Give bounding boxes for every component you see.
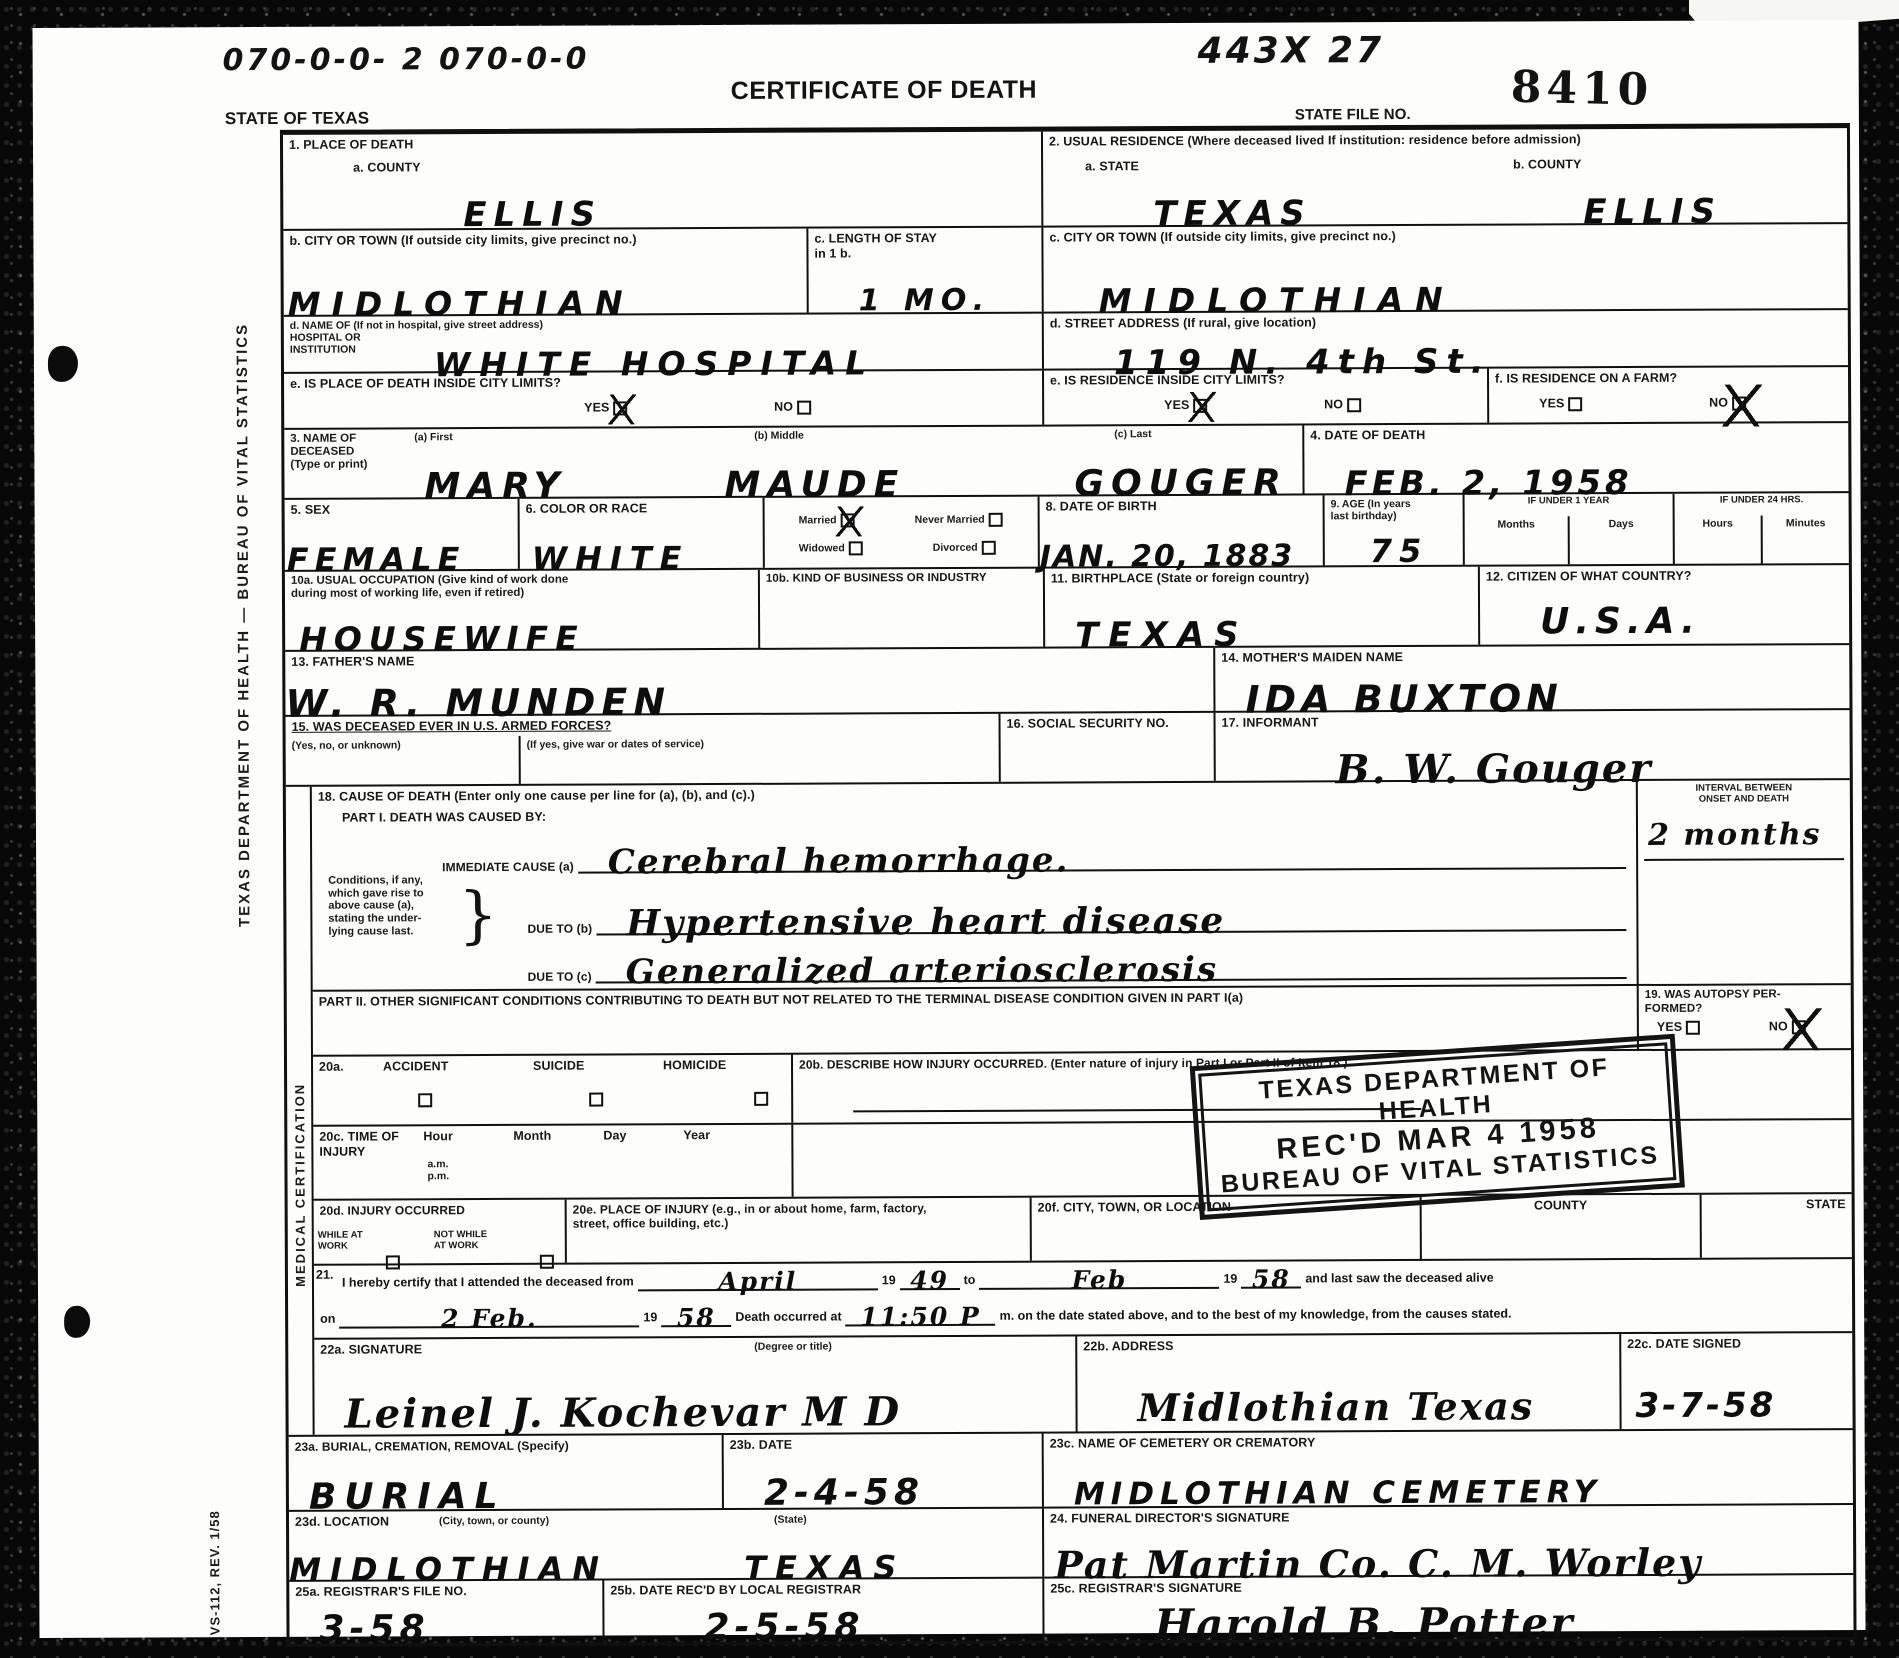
value-due-to-b: Hypertensive heart disease: [626, 903, 1225, 942]
checkbox-widowed: [849, 541, 863, 555]
farm-yes: YES: [1539, 396, 1586, 411]
death-limits-no: NO: [774, 400, 815, 415]
interval-write-line: [1644, 858, 1844, 861]
value-registrar-file-no: 3-58: [319, 1611, 429, 1647]
part2-label: PART II. OTHER SIGNIFICANT CONDITIONS CO…: [319, 989, 1631, 1009]
am-pm-label: a.m. p.m.: [427, 1158, 449, 1182]
last-name-label: (c) Last: [1114, 428, 1151, 440]
handwritten-code-right: 443X 27: [1198, 30, 1385, 72]
marital-divorced: Divorced: [933, 541, 1000, 555]
handwritten-x-mark: [1722, 384, 1762, 426]
burial-date-label: 23b. DATE: [730, 1437, 1036, 1453]
field-injury-county: COUNTY: [1422, 1195, 1702, 1259]
usual-residence-label: 2. USUAL RESIDENCE (Where deceased lived…: [1049, 131, 1841, 149]
value-sex: FEMALE: [287, 543, 466, 576]
field-sex: 5. SEX FEMALE: [285, 499, 520, 570]
armed-forces-sub2: (If yes, give war or dates of service): [521, 734, 999, 784]
state-of-texas-label: STATE OF TEXAS: [225, 109, 369, 130]
state-file-no-label: STATE FILE NO.: [1295, 106, 1411, 124]
from-year-line: 49: [900, 1274, 960, 1290]
checkbox-residence-limits-no: [1347, 398, 1361, 412]
minutes-label: Minutes: [1763, 515, 1849, 563]
value-hospital: WHITE HOSPITAL: [434, 346, 875, 381]
value-length-of-stay: 1 MO.: [859, 286, 992, 317]
length-of-stay-label: c. LENGTH OF STAY in 1 b.: [814, 231, 1035, 261]
value-location-state: TEXAS: [744, 1551, 905, 1584]
value-attended-from: April: [718, 1269, 797, 1294]
value-physician-address: Midlothian Texas: [1137, 1387, 1534, 1427]
interval-label: INTERVAL BETWEEN ONSET AND DEATH: [1644, 783, 1844, 806]
brace-glyph: }: [458, 878, 498, 951]
checkbox-death-limits-no: [797, 400, 811, 414]
value-last-seen: 2 Feb.: [441, 1306, 538, 1331]
value-registrar-signature: Harold B. Potter: [1154, 1602, 1574, 1646]
physician-signature-label: 22a. SIGNATURE: [320, 1339, 1069, 1357]
residence-state-label: a. STATE: [1085, 159, 1139, 174]
to-year-line: 58: [1241, 1272, 1301, 1288]
field-color-or-race: 6. COLOR OR RACE WHITE: [520, 498, 765, 569]
state-file-number: 8410: [1510, 62, 1654, 116]
marital-married: Married: [799, 513, 859, 527]
field-injury-occurred: 20d. INJURY OCCURRED WHILE AT WORK NOT W…: [314, 1200, 567, 1264]
value-to-year: 58: [1252, 1267, 1291, 1292]
location-state-sub-label: (State): [774, 1514, 807, 1526]
cemetery-name-label: 23c. NAME OF CEMETERY OR CREMATORY: [1050, 1433, 1847, 1451]
medical-certification-strip: MEDICAL CERTIFICATION: [286, 787, 315, 1435]
field-time-of-injury: 20c. TIME OF INJURY Hour a.m. p.m. Month…: [313, 1125, 793, 1199]
time-of-death-line: 11:50 P: [846, 1310, 996, 1327]
burial-cremation-label: 23a. BURIAL, CREMATION, REMOVAL (Specify…: [295, 1438, 716, 1454]
field-burial-date: 23b. DATE 2-4-58: [724, 1434, 1044, 1508]
value-date-recd: 2-5-58: [704, 1609, 864, 1646]
value-death-city: MIDLOTHIAN: [288, 286, 634, 321]
checkbox-autopsy-no: [1792, 1020, 1806, 1034]
checkbox-death-limits-yes: [613, 401, 627, 415]
value-color-or-race: WHITE: [532, 542, 690, 575]
received-rubber-stamp: TEXAS DEPARTMENT OF HEALTH REC'D MAR 4 1…: [1190, 1034, 1685, 1220]
marital-widowed: Widowed: [799, 541, 867, 555]
attended-to-line: Feb: [979, 1273, 1219, 1290]
checkbox-suicide: [590, 1092, 604, 1106]
degree-or-title-label: (Degree or title): [754, 1341, 832, 1353]
field-usual-occupation: 10a. USUAL OCCUPATION (Give kind of work…: [285, 570, 760, 650]
date-of-death-label: 4. DATE OF DEATH: [1310, 426, 1842, 443]
residence-county-label: b. COUNTY: [1513, 157, 1581, 172]
first-name-label: (a) First: [414, 431, 453, 443]
certification-line-1: I hereby certify that I attended the dec…: [342, 1269, 1846, 1293]
date-signed-label: 22c. DATE SIGNED: [1627, 1336, 1846, 1352]
while-at-work-label: WHILE AT WORK: [318, 1231, 363, 1253]
field-mothers-maiden-name: 14. MOTHER'S MAIDEN NAME IDA BUXTON: [1215, 645, 1849, 711]
day-label: Day: [603, 1128, 626, 1143]
field-cemetery-name: 23c. NAME OF CEMETERY OR CREMATORY MIDLO…: [1044, 1430, 1853, 1507]
month-label: Month: [513, 1129, 551, 1144]
checkbox-accident: [418, 1093, 432, 1107]
value-funeral-director: Pat Martin Co. C. M. Worley: [1054, 1544, 1702, 1585]
handwritten-x-mark: [1782, 1008, 1822, 1050]
field-burial-location: 23d. LOCATION (City, town, or county) (S…: [289, 1509, 1044, 1580]
field-date-signed: 22c. DATE SIGNED 3-7-58: [1621, 1333, 1852, 1429]
autopsy-yes: YES: [1657, 1020, 1704, 1035]
suicide-label: SUICIDE: [533, 1059, 584, 1074]
field-injury-state: STATE: [1702, 1194, 1852, 1258]
place-of-injury-label: 20e. PLACE OF INJURY (e.g., in or about …: [573, 1201, 1024, 1231]
field-kind-of-business: 10b. KIND OF BUSINESS OR INDUSTRY: [760, 569, 1045, 648]
field-length-of-stay: c. LENGTH OF STAY in 1 b. 1 MO.: [808, 228, 1043, 313]
not-while-at-work-label: NOT WHILE AT WORK: [434, 1230, 487, 1252]
citizen-of-label: 12. CITIZEN OF WHAT COUNTRY?: [1486, 568, 1843, 584]
social-security-label: 16. SOCIAL SECURITY NO.: [1007, 716, 1208, 732]
field-name-of-deceased: 3. NAME OF DECEASED (Type or print) (a) …: [284, 425, 1304, 497]
department-vertical-label: TEXAS DEPARTMENT OF HEALTH — BUREAU OF V…: [234, 323, 254, 927]
checkbox-farm-no: [1732, 396, 1746, 410]
value-location-city: MIDLOTHIAN: [289, 1552, 608, 1585]
residence-farm-label: f. IS RESIDENCE ON A FARM?: [1495, 370, 1842, 386]
handwritten-x-mark: [836, 506, 864, 536]
marital-never-married: Never Married: [915, 513, 1007, 527]
value-from-year: 49: [910, 1268, 949, 1293]
field-burial-cremation: 23a. BURIAL, CREMATION, REMOVAL (Specify…: [289, 1435, 724, 1510]
checkbox-never-married: [989, 513, 1003, 527]
handwritten-code-left: 070-0-0- 2 070-0-0: [223, 42, 590, 79]
field-date-of-birth: 8. DATE OF BIRTH JAN. 20, 1883: [1040, 495, 1325, 566]
field-birthplace: 11. BIRTHPLACE (State or foreign country…: [1045, 567, 1480, 647]
residence-limits-yes: YES: [1164, 398, 1211, 413]
checkbox-autopsy-yes: [1686, 1020, 1700, 1034]
20a-label: 20a.: [319, 1060, 344, 1075]
field-place-of-death: 1. PLACE OF DEATH a. COUNTY ELLIS: [283, 132, 1043, 229]
injury-occurred-label: 20d. INJURY OCCURRED: [320, 1203, 559, 1218]
accident-label: ACCIDENT: [383, 1059, 448, 1074]
year-label: Year: [683, 1128, 710, 1143]
field-age: 9. AGE (In years last birthday) 75: [1325, 495, 1465, 566]
value-fathers-name: W. R. MUNDEN: [285, 683, 671, 723]
value-citizen-of: U.S.A.: [1540, 604, 1701, 641]
field-physician-address: 22b. ADDRESS Midlothian Texas: [1077, 1334, 1621, 1431]
autopsy-no: NO: [1769, 1019, 1810, 1034]
value-physician-signature: Leinel J. Kochevar M D: [344, 1392, 901, 1434]
value-informant: B. W. Gouger: [1336, 749, 1653, 790]
hole-punch-mark: [64, 1306, 90, 1338]
certificate-title: CERTIFICATE OF DEATH: [731, 76, 1037, 106]
field-funeral-director: 24. FUNERAL DIRECTOR'S SIGNATURE Pat Mar…: [1044, 1505, 1853, 1577]
value-age: 75: [1370, 535, 1429, 567]
field-cause-of-death: 18. CAUSE OF DEATH (Enter only one cause…: [312, 781, 1639, 990]
days-label: Days: [1570, 516, 1673, 564]
value-middle-name: MAUDE: [724, 467, 905, 504]
value-usual-occupation: HOUSEWIFE: [299, 622, 585, 656]
field-accident-suicide-homicide: 20a. ACCIDENT SUICIDE HOMICIDE: [313, 1055, 793, 1125]
field-date-of-death: 4. DATE OF DEATH FEB. 2, 1958: [1304, 423, 1848, 493]
certificate-form: 1. PLACE OF DEATH a. COUNTY ELLIS 2. USU…: [280, 123, 1857, 1647]
value-attended-to: Feb: [1071, 1267, 1127, 1292]
value-birthplace: TEXAS: [1075, 618, 1249, 653]
checkbox-farm-yes: [1568, 397, 1582, 411]
scanned-death-certificate: { "hdr": { "codes_left": "070-0-0- 2 070…: [0, 0, 1899, 1658]
conditions-note: Conditions, if any, which gave rise to a…: [328, 874, 424, 938]
field-residence-on-farm: f. IS RESIDENCE ON A FARM? YES NO: [1489, 367, 1848, 423]
value-date-signed: 3-7-58: [1635, 1388, 1776, 1423]
last-seen-line: 2 Feb.: [339, 1311, 639, 1328]
field-death-city: b. CITY OR TOWN (If outside city limits,…: [283, 229, 808, 315]
mothers-maiden-name-label: 14. MOTHER'S MAIDEN NAME: [1221, 648, 1843, 665]
death-limits-yes: YES: [584, 400, 631, 415]
form-number-vertical-label: VS-112, REV. 1/58: [207, 1510, 223, 1635]
value-date-of-birth: JAN. 20, 1883: [1040, 541, 1295, 572]
handwritten-x-mark: [608, 394, 636, 424]
field-part2-conditions: PART II. OTHER SIGNIFICANT CONDITIONS CO…: [313, 986, 1639, 1055]
value-residence-city: MIDLOTHIAN: [1099, 283, 1455, 318]
checkbox-married: [841, 513, 855, 527]
residence-limits-no: NO: [1324, 397, 1365, 412]
certification-line-2: on2 Feb.1958Death occurred at11:50 Pm. o…: [320, 1305, 1846, 1329]
medical-certification-vertical-label: MEDICAL CERTIFICATION: [292, 1083, 308, 1287]
value-time-of-death: 11:50 P: [860, 1304, 980, 1330]
field-social-security-no: 16. SOCIAL SECURITY NO.: [1000, 713, 1215, 782]
field-place-of-injury: 20e. PLACE OF INJURY (e.g., in or about …: [567, 1198, 1032, 1263]
field-certification-statement: 21. I hereby certify that I attended the…: [314, 1259, 1852, 1338]
physician-address-label: 22b. ADDRESS: [1083, 1337, 1613, 1354]
county-label: a. COUNTY: [353, 160, 421, 175]
field-registrar-file-no: 25a. REGISTRAR'S FILE NO. 3-58: [289, 1581, 604, 1644]
checkbox-divorced: [982, 541, 996, 555]
farm-no: NO: [1709, 396, 1750, 411]
due-to-b-label: DUE TO (b): [527, 921, 592, 935]
armed-forces-sub1: (Yes, no, or unknown): [286, 736, 521, 785]
value-last-seen-year: 58: [677, 1305, 716, 1330]
value-last-name: GOUGER: [1074, 466, 1287, 503]
value-residence-state: TEXAS: [1153, 196, 1312, 231]
under-24-hrs-label: IF UNDER 24 HRS.: [1675, 493, 1849, 507]
field-citizen-of: 12. CITIZEN OF WHAT COUNTRY? U.S.A.: [1480, 565, 1849, 645]
value-date-of-death: FEB. 2, 1958: [1344, 466, 1632, 501]
value-interval: 2 months: [1648, 820, 1822, 851]
attended-from-line: April: [638, 1274, 878, 1291]
value-street-address: 119 N. 4th St.: [1114, 345, 1492, 381]
last-seen-year-line: 58: [661, 1311, 731, 1327]
injury-state-label: STATE: [1708, 1197, 1846, 1212]
21-label: 21.: [316, 1268, 334, 1283]
checkbox-homicide: [754, 1092, 768, 1106]
value-place-county: ELLIS: [463, 198, 602, 233]
hole-punch-mark: [48, 346, 78, 382]
months-label: Months: [1465, 516, 1570, 564]
value-first-name: MARY: [424, 469, 566, 506]
value-mothers-maiden-name: IDA BUXTON: [1245, 679, 1563, 718]
hours-label: Hours: [1675, 515, 1763, 563]
due-to-c-label: DUE TO (c): [528, 969, 592, 983]
handwritten-x-mark: [1188, 392, 1216, 422]
value-due-to-c: Generalized arteriosclerosis: [626, 953, 1218, 990]
certificate-page: 070-0-0- 2 070-0-0 443X 27 CERTIFICATE O…: [32, 20, 1865, 1638]
field-interval-onset-death: INTERVAL BETWEEN ONSET AND DEATH 2 month…: [1638, 780, 1851, 984]
value-cemetery-name: MIDLOTHIAN CEMETERY: [1074, 1477, 1602, 1510]
field-if-under-24-hrs: IF UNDER 24 HRS. Hours Minutes: [1675, 493, 1849, 564]
homicide-label: HOMICIDE: [663, 1058, 726, 1073]
hour-label: Hour: [423, 1129, 453, 1144]
field-marital-status: Married Never Married Widowed Divorced: [765, 497, 1040, 568]
value-immediate-cause: Cerebral hemorrhage.: [608, 843, 1070, 879]
middle-name-label: (b) Middle: [754, 430, 804, 442]
place-of-death-label: 1. PLACE OF DEATH: [289, 135, 1035, 153]
field-usual-residence: 2. USUAL RESIDENCE (Where deceased lived…: [1043, 128, 1847, 226]
checkbox-residence-limits-yes: [1193, 399, 1207, 413]
part1-label: PART I. DEATH WAS CAUSED BY:: [342, 810, 546, 826]
field-residence-city: c. CITY OR TOWN (If outside city limits,…: [1043, 224, 1847, 312]
kind-of-business-label: 10b. KIND OF BUSINESS OR INDUSTRY: [766, 572, 1037, 587]
field-if-under-1-year: IF UNDER 1 YEAR Months Days: [1465, 494, 1675, 565]
time-of-injury-label: 20c. TIME OF INJURY: [319, 1128, 785, 1160]
field-date-recd-local-registrar: 25b. DATE REC'D BY LOCAL REGISTRAR 2-5-5…: [604, 1579, 1044, 1643]
value-residence-county: ELLIS: [1583, 195, 1722, 230]
value-burial-date: 2-4-58: [764, 1475, 924, 1512]
value-burial: BURIAL: [309, 1479, 506, 1516]
field-physician-signature: 22a. SIGNATURE (Degree or title) Leinel …: [314, 1336, 1077, 1434]
immediate-cause-label: IMMEDIATE CAUSE (a): [442, 859, 574, 874]
